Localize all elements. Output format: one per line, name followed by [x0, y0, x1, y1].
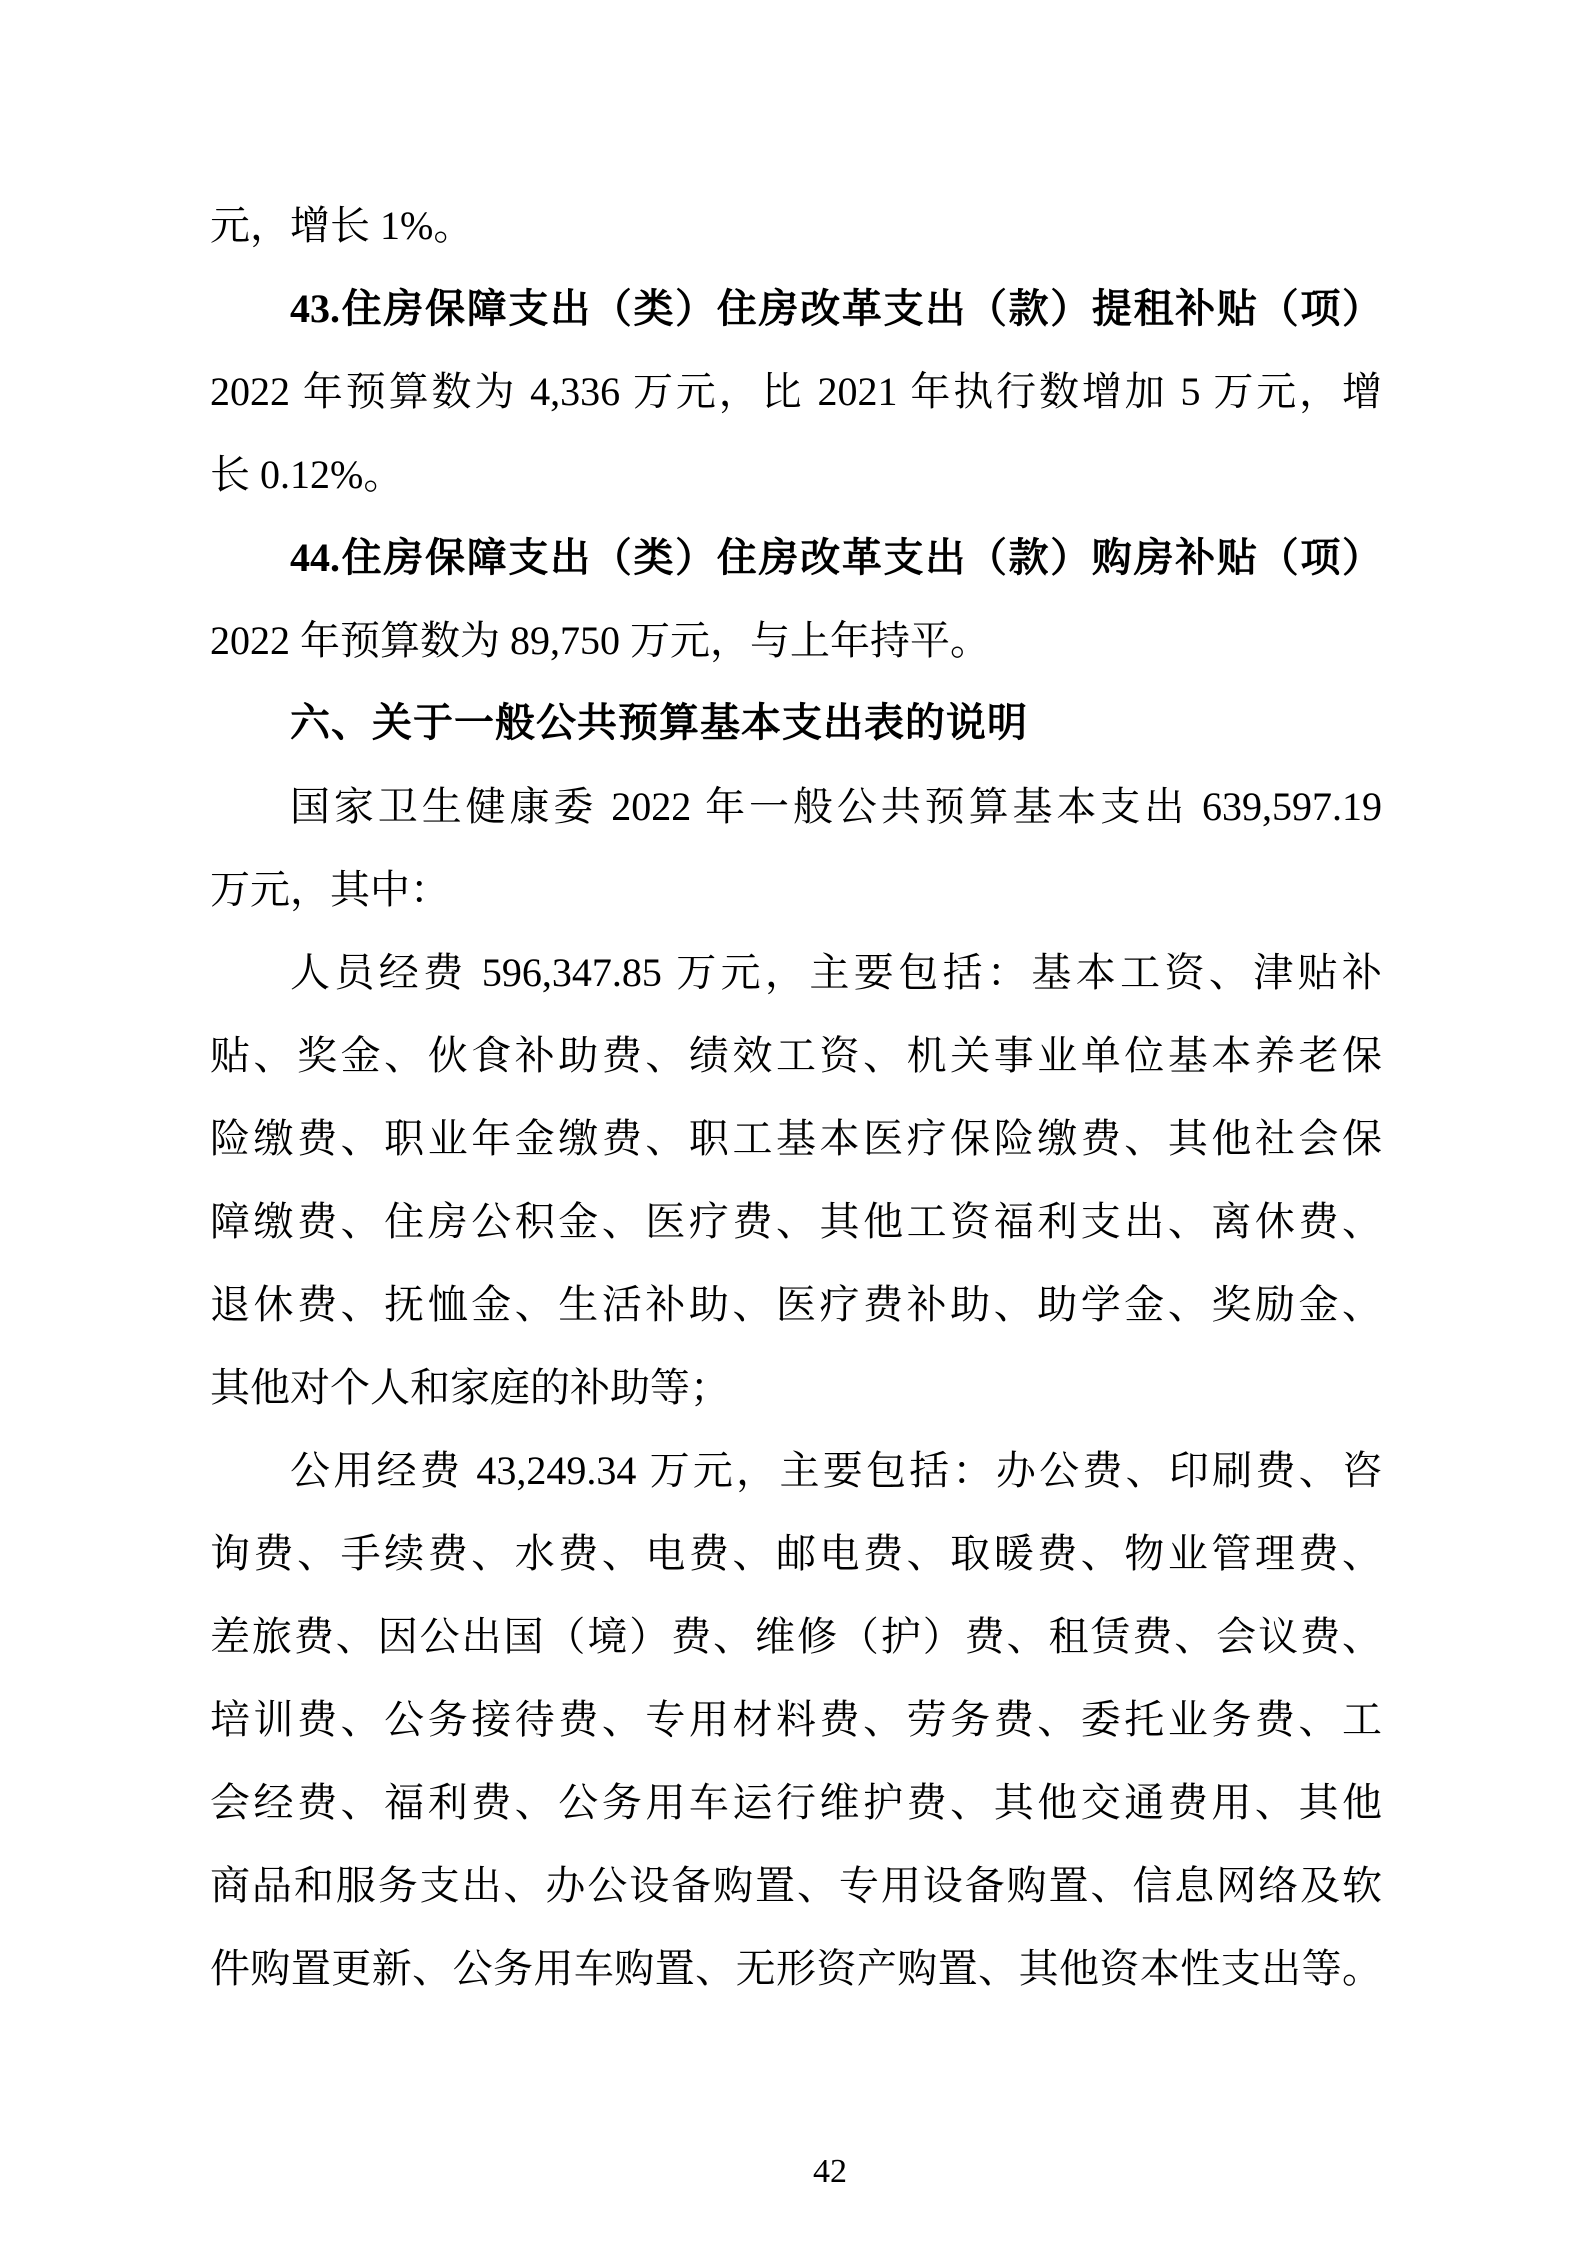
text-line: 2022 年预算数为 89,750 万元，与上年持平。 [210, 599, 1382, 682]
page-number: 42 [740, 2145, 920, 2199]
text-line: 2022 年预算数为 4,336 万元，比 2021 年执行数增加 5 万元，增 [210, 350, 1382, 433]
text-line: 43.住房保障支出（类）住房改革支出（款）提租补贴（项） [210, 267, 1382, 350]
text-line: 44.住房保障支出（类）住房改革支出（款）购房补贴（项） [210, 516, 1382, 599]
text-line: 商品和服务支出、办公设备购置、专用设备购置、信息网络及软 [210, 1844, 1382, 1927]
document-page: 元，增长 1%。43.住房保障支出（类）住房改革支出（款）提租补贴（项）2022… [0, 0, 1587, 2245]
text-line: 障缴费、住房公积金、医疗费、其他工资福利支出、离休费、 [210, 1180, 1382, 1263]
text-line: 六、关于一般公共预算基本支出表的说明 [210, 682, 1382, 765]
text-line: 元，增长 1%。 [210, 184, 1382, 267]
text-line: 公用经费 43,249.34 万元，主要包括：办公费、印刷费、咨 [210, 1429, 1382, 1512]
text-block: 元，增长 1%。43.住房保障支出（类）住房改革支出（款）提租补贴（项）2022… [210, 184, 1382, 2010]
text-line: 贴、奖金、伙食补助费、绩效工资、机关事业单位基本养老保 [210, 1014, 1382, 1097]
text-line: 会经费、福利费、公务用车运行维护费、其他交通费用、其他 [210, 1761, 1382, 1844]
text-line: 险缴费、职业年金缴费、职工基本医疗保险缴费、其他社会保 [210, 1097, 1382, 1180]
text-line: 差旅费、因公出国（境）费、维修（护）费、租赁费、会议费、 [210, 1595, 1382, 1678]
text-line: 万元，其中： [210, 848, 1382, 931]
text-line: 国家卫生健康委 2022 年一般公共预算基本支出 639,597.19 [210, 765, 1382, 848]
text-line: 退休费、抚恤金、生活补助、医疗费补助、助学金、奖励金、 [210, 1263, 1382, 1346]
text-line: 长 0.12%。 [210, 433, 1382, 516]
text-line: 其他对个人和家庭的补助等； [210, 1346, 1382, 1429]
text-line: 培训费、公务接待费、专用材料费、劳务费、委托业务费、工 [210, 1678, 1382, 1761]
text-line: 件购置更新、公务用车购置、无形资产购置、其他资本性支出等。 [210, 1927, 1382, 2010]
text-line: 人员经费 596,347.85 万元，主要包括：基本工资、津贴补 [210, 931, 1382, 1014]
text-line: 询费、手续费、水费、电费、邮电费、取暖费、物业管理费、 [210, 1512, 1382, 1595]
